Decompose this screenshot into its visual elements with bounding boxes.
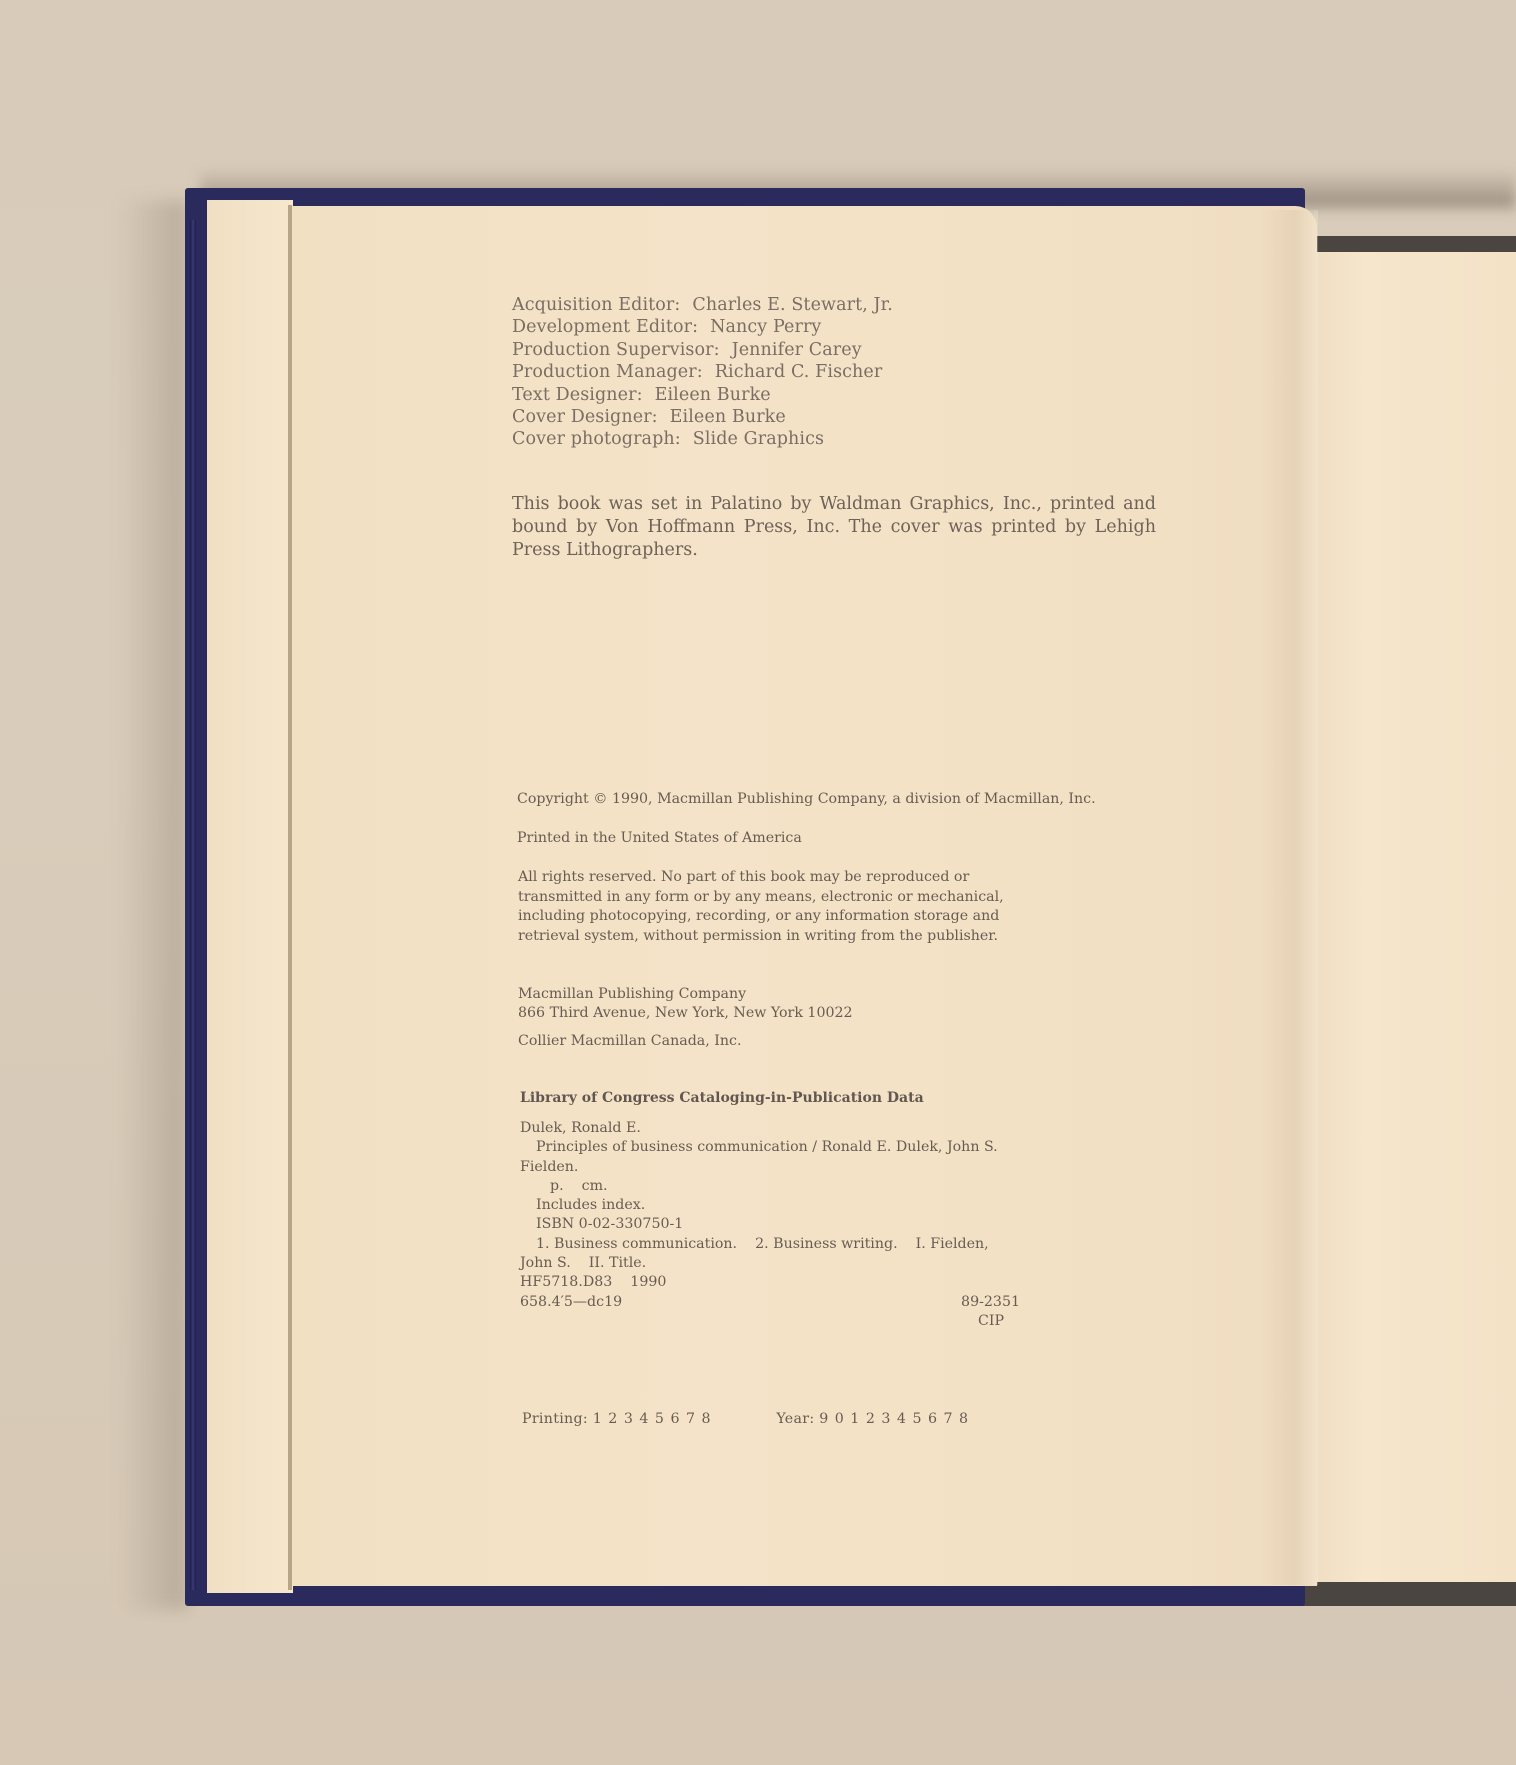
cip-heading: Library of Congress Cataloging-in-Public… [520, 1090, 924, 1106]
cip-data: Dulek, Ronald E. Principles of business … [520, 1119, 1020, 1331]
production-credits: Acquisition Editor:Charles E. Stewart, J… [512, 294, 893, 451]
credit-line: Cover photograph:Slide Graphics [512, 428, 893, 450]
cover-spine [190, 220, 196, 1590]
credit-line: Development Editor:Nancy Perry [512, 316, 893, 338]
printing-line: Printing: 1 2 3 4 5 6 7 8 Year: 9 0 1 2 … [522, 1411, 969, 1427]
credit-line: Text Designer:Eileen Burke [512, 384, 893, 406]
copyright-notice: Copyright © 1990, Macmillan Publishing C… [517, 791, 1096, 807]
credit-line: Cover Designer:Eileen Burke [512, 406, 893, 428]
book-shadow-left [118, 200, 188, 1610]
credit-line: Production Manager:Richard C. Fischer [512, 361, 893, 383]
rights-notice: All rights reserved. No part of this boo… [518, 868, 1004, 946]
printed-in: Printed in the United States of America [517, 830, 802, 846]
canada-publisher: Collier Macmillan Canada, Inc. [518, 1033, 741, 1049]
flyleaf-page [207, 200, 293, 1593]
cip-dewey-row: 658.4′5—dc19 89-2351 [520, 1293, 1020, 1312]
page-edge [288, 205, 292, 1590]
publisher-address: Macmillan Publishing Company 866 Third A… [518, 985, 853, 1023]
credit-line: Acquisition Editor:Charles E. Stewart, J… [512, 294, 893, 316]
right-page [1300, 252, 1516, 1582]
credit-line: Production Supervisor:Jennifer Carey [512, 339, 893, 361]
colophon: This book was set in Palatino by Waldman… [512, 493, 1156, 562]
page-gutter [1260, 210, 1318, 1585]
